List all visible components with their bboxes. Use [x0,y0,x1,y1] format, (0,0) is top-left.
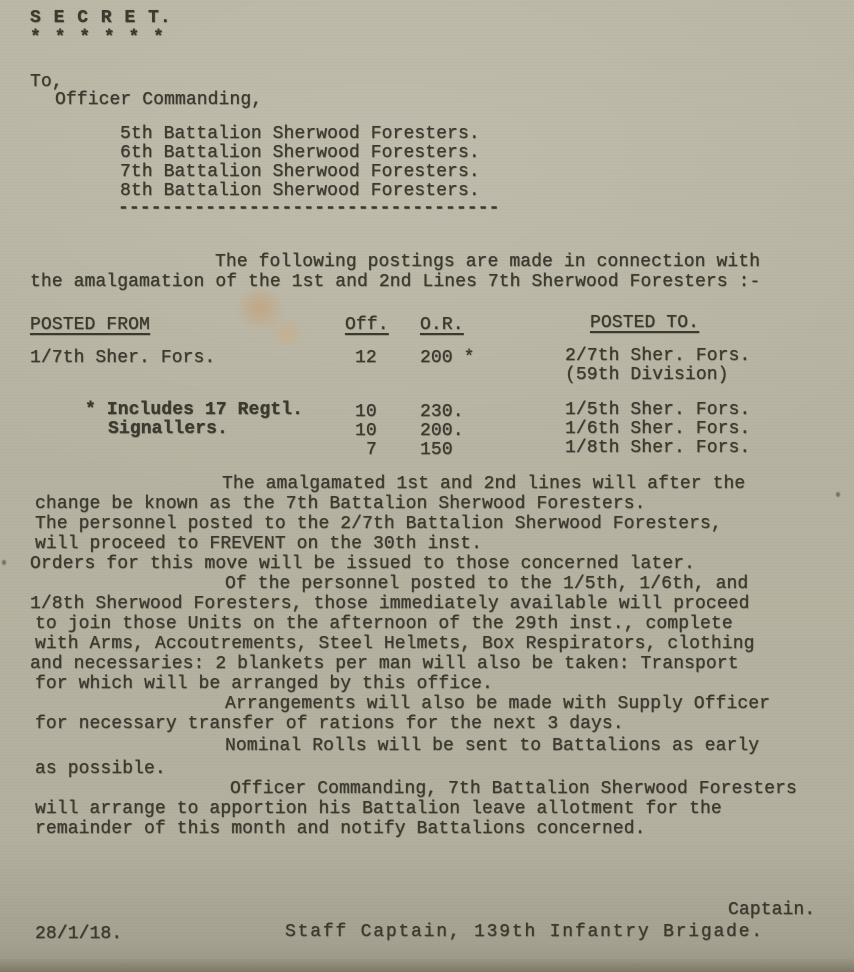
body-line: with Arms, Accoutrements, Steel Helmets,… [35,634,755,654]
table-cell-from: 1/7th Sher. Fors. [30,348,215,368]
body-line: as possible. [35,759,166,779]
table-cell-off: 12 [355,348,377,368]
table-header-posted-to: POSTED TO. [590,313,699,333]
body-line: Of the personnel posted to the 1/5th, 1/… [225,574,748,594]
intro-line: The following postings are made in conne… [215,252,760,272]
body-line: will arrange to apportion his Battalion … [35,799,722,819]
classification-underline: * * * * * * [30,28,165,48]
body-line: The amalgamated 1st and 2nd lines will a… [222,474,745,494]
table-cell-to: 2/7th Sher. Fors. [565,346,750,366]
body-line: and necessaries: 2 blankets per man will… [30,654,739,674]
body-line: change be known as the 7th Battalion She… [35,494,646,514]
body-line: will proceed to FREVENT on the 30th inst… [35,534,482,554]
dashed-separator: ----------------------------------- [118,198,500,218]
table-cell-to: 1/6th Sher. Fors. [565,419,750,439]
to-label: To, [30,72,63,92]
officer-commanding-line: Officer Commanding, [55,90,262,110]
body-line: Arrangements will also be made with Supp… [225,694,770,714]
stain-mark [236,286,284,330]
table-header-officers: Off. [345,315,389,335]
battalion-list-item-6th: 6th Battalion Sherwood Foresters. [120,143,480,163]
table-cell-to: 1/8th Sher. Fors. [565,438,750,458]
document-page: S E C R E T. * * * * * * To, Officer Com… [0,0,854,972]
battalion-list-item-7th: 7th Battalion Sherwood Foresters. [120,162,480,182]
table-cell-off: 10 [355,421,377,441]
table-cell-off: 7 [366,440,377,460]
table-cell-off: 10 [355,402,377,422]
body-line: for which will be arranged by this offic… [35,674,493,694]
table-header-other-ranks: O.R. [420,315,464,335]
body-line: Officer Commanding, 7th Battalion Sherwo… [230,779,797,799]
signature-date: 28/1/18. [35,924,122,944]
table-cell-or: 150 [420,440,453,460]
table-cell-or: 200. [420,421,464,441]
table-cell-to: 1/5th Sher. Fors. [565,400,750,420]
body-line: for necessary transfer of rations for th… [35,714,624,734]
body-line: to join those Units on the afternoon of … [35,614,733,634]
ink-speck [836,492,840,497]
body-line: Nominal Rolls will be sent to Battalions… [225,736,759,756]
page-bottom-shadow [0,958,854,972]
stain-mark [268,318,306,348]
body-line: Orders for this move will be issued to t… [30,554,695,574]
body-line: remainder of this month and notify Batta… [35,819,646,839]
body-line: The personnel posted to the 2/7th Battal… [35,514,722,534]
signature-role: Staff Captain, 139th Infantry Brigade. [285,922,764,942]
battalion-list-item-5th: 5th Battalion Sherwood Foresters. [120,124,480,144]
ink-speck [2,560,6,565]
table-footnote-line: Signallers. [108,419,228,439]
table-footnote-line: * Includes 17 Regtl. [85,400,303,420]
table-cell-to-note: (59th Division) [565,365,729,385]
intro-line: the amalgamation of the 1st and 2nd Line… [30,272,760,292]
table-cell-or: 200 * [420,348,475,368]
table-header-posted-from: POSTED FROM [30,315,150,335]
signature-rank: Captain. [728,900,815,920]
body-line: 1/8th Sherwood Foresters, those immediat… [30,594,750,614]
table-cell-or: 230. [420,402,464,422]
classification-heading: S E C R E T. [30,8,172,28]
